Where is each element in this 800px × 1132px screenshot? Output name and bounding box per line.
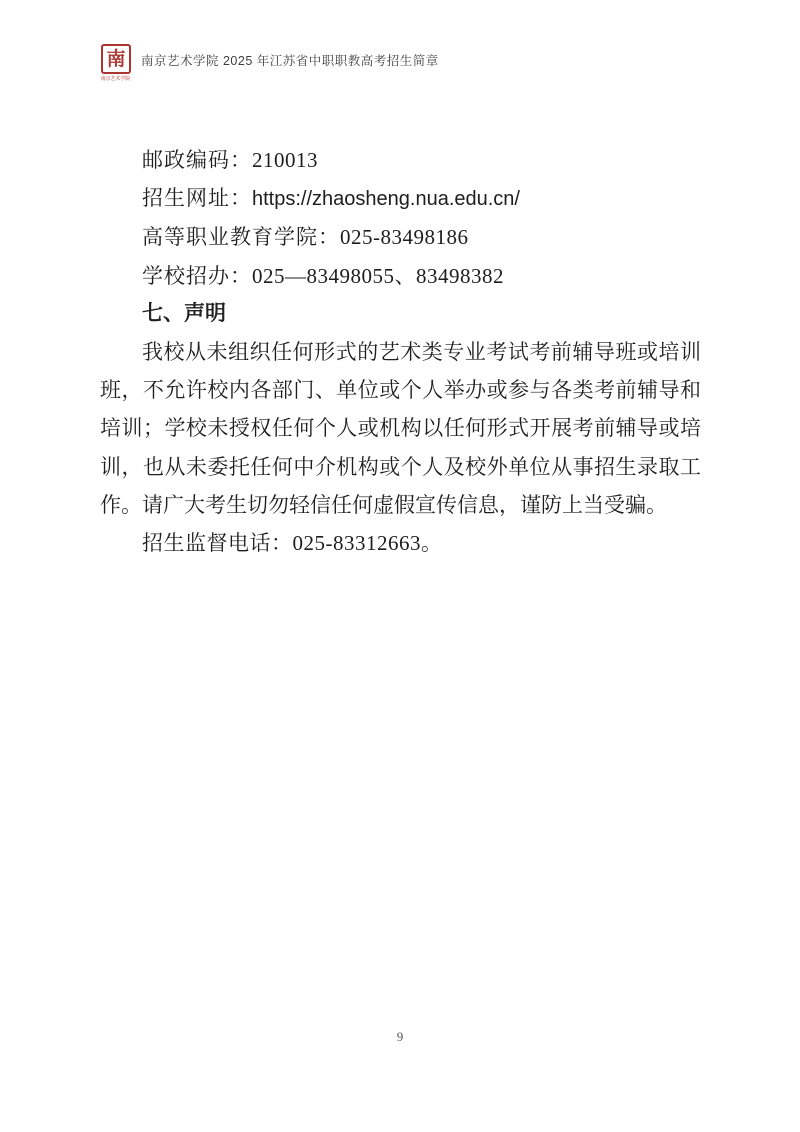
- admission-website-url: https://zhaosheng.nua.edu.cn/: [252, 188, 520, 210]
- document-header-title: 南京艺术学院 2025 年江苏省中职职教高考招生简章: [141, 51, 439, 69]
- admission-website-line: 招生网址：https://zhaosheng.nua.edu.cn/: [100, 179, 701, 218]
- supervision-phone-line: 招生监督电话：025-83312663。: [100, 524, 701, 562]
- university-logo: 南 南京艺术学院: [99, 44, 133, 83]
- page-number: 9: [397, 1029, 404, 1044]
- university-seal-icon: 南: [101, 44, 131, 74]
- page-footer: 9: [0, 1028, 800, 1046]
- supervision-phone-label: 招生监督电话：: [142, 531, 293, 555]
- admission-office-label: 学校招办：: [142, 264, 252, 288]
- logo-caption: 南京艺术学院: [101, 76, 131, 82]
- admission-office-phones: 025—83498055、83498382: [252, 264, 504, 288]
- vocational-college-phone-line: 高等职业教育学院：025-83498186: [100, 218, 701, 256]
- postal-code-line: 邮政编码：210013: [100, 141, 701, 179]
- statement-paragraph: 我校从未组织任何形式的艺术类专业考试考前辅导班或培训班，不允许校内各部门、单位或…: [100, 333, 701, 524]
- seal-character: 南: [106, 50, 125, 69]
- admission-office-phone-line: 学校招办：025—83498055、83498382: [100, 257, 701, 295]
- vocational-college-label: 高等职业教育学院：: [142, 225, 340, 249]
- page-header: 南 南京艺术学院 南京艺术学院 2025 年江苏省中职职教高考招生简章: [99, 44, 720, 83]
- document-page: 南 南京艺术学院 南京艺术学院 2025 年江苏省中职职教高考招生简章 邮政编码…: [0, 0, 800, 1132]
- admission-website-label: 招生网址：: [142, 186, 252, 210]
- statement-section-heading: 七、声明: [100, 295, 701, 333]
- postal-code-value: 210013: [252, 148, 318, 172]
- vocational-college-phone: 025-83498186: [340, 225, 469, 249]
- postal-code-label: 邮政编码：: [142, 148, 252, 172]
- supervision-phone-value: 025-83312663。: [293, 531, 443, 555]
- document-body: 邮政编码：210013 招生网址：https://zhaosheng.nua.e…: [100, 141, 701, 562]
